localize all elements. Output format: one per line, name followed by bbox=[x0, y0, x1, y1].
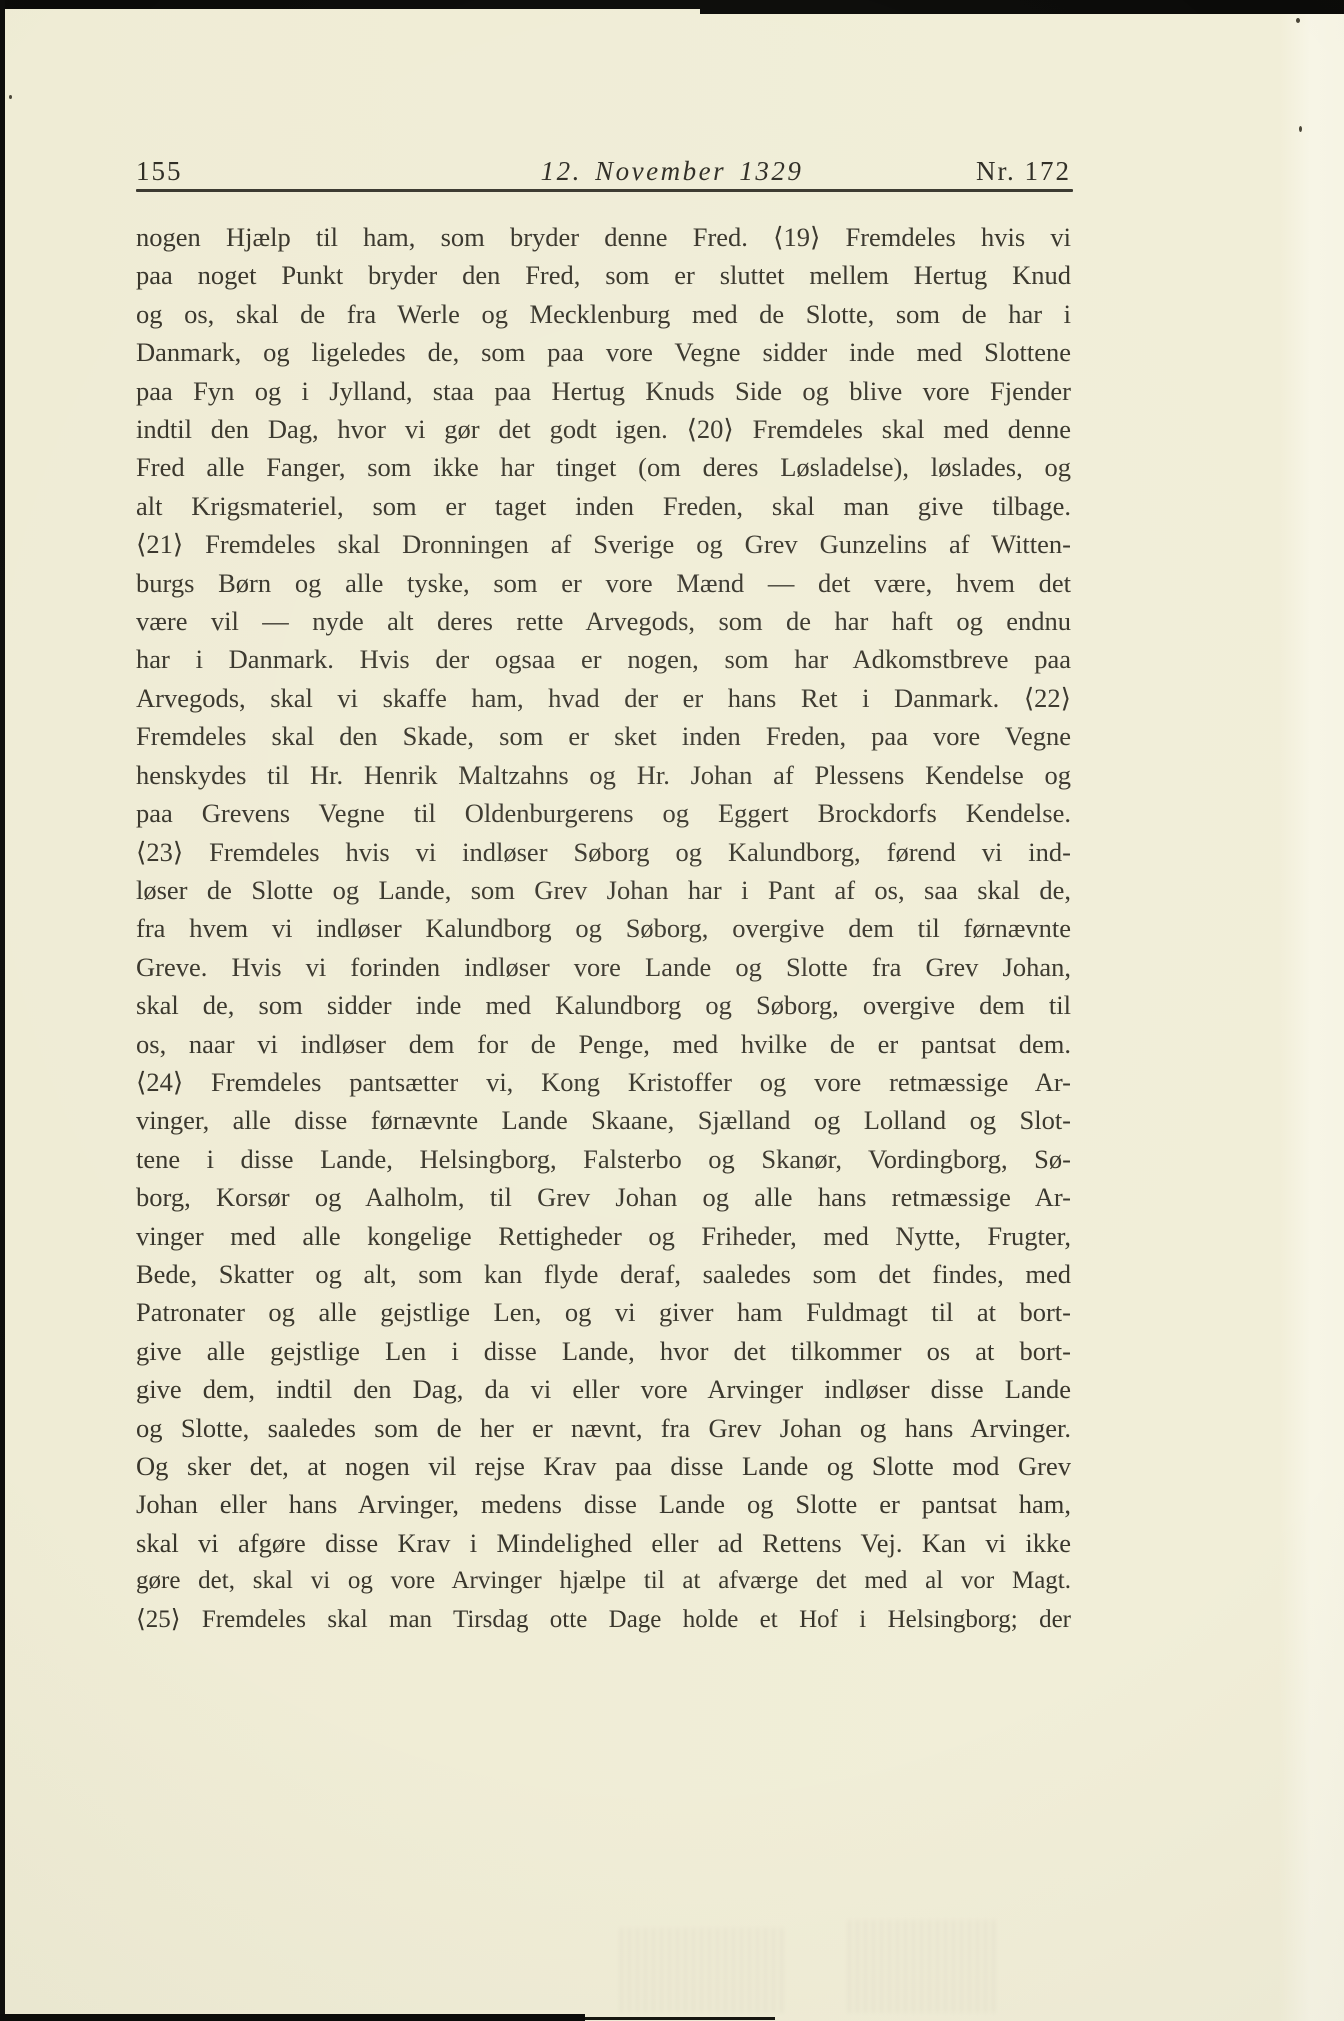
text-line: Greve. Hvis vi forinden indløser vore La… bbox=[136, 948, 1071, 986]
document-number: Nr. 172 bbox=[976, 156, 1071, 187]
text-line: Fremdeles skal den Skade, som er sket in… bbox=[136, 717, 1071, 755]
scan-edge-top-left bbox=[0, 0, 760, 9]
text-line: burgs Børn og alle tyske, som er vore Mæ… bbox=[136, 564, 1071, 602]
text-line: indtil den Dag, hvor vi gør det godt ige… bbox=[136, 410, 1071, 448]
scan-smudge bbox=[848, 1920, 998, 2013]
text-line: nogen Hjælp til ham, som bryder denne Fr… bbox=[136, 218, 1071, 256]
text-line: ⟨21⟩ Fremdeles skal Dronningen af Sverig… bbox=[136, 525, 1071, 563]
scan-speck bbox=[1299, 126, 1302, 132]
text-line: paa noget Punkt bryder den Fred, som er … bbox=[136, 256, 1071, 294]
text-line: ⟨23⟩ Fremdeles hvis vi indløser Søborg o… bbox=[136, 833, 1071, 871]
scan-edge-bottom bbox=[0, 2014, 585, 2021]
text-line: paa Grevens Vegne til Oldenburgerens og … bbox=[136, 794, 1071, 832]
text-line: løser de Slotte og Lande, som Grev Johan… bbox=[136, 871, 1071, 909]
scan-edge-bottom-thin bbox=[585, 2017, 775, 2020]
scan-smudge bbox=[620, 1928, 785, 2013]
text-line: henskydes til Hr. Henrik Maltzahns og Hr… bbox=[136, 756, 1071, 794]
text-line: vinger med alle kongelige Rettigheder og… bbox=[136, 1217, 1071, 1255]
text-line: Patronater og alle gejstlige Len, og vi … bbox=[136, 1293, 1071, 1331]
text-line: Arvegods, skal vi skaffe ham, hvad der e… bbox=[136, 679, 1071, 717]
text-line: Danmark, og ligeledes de, som paa vore V… bbox=[136, 333, 1071, 371]
text-line: ⟨25⟩ Fremdeles skal man Tirsdag otte Dag… bbox=[136, 1601, 1071, 1639]
text-line: skal de, som sidder inde med Kalundborg … bbox=[136, 986, 1071, 1024]
page-number: 155 bbox=[136, 156, 183, 187]
date-heading: 12. November 1329 bbox=[541, 156, 804, 187]
text-line: og os, skal de fra Werle og Mecklenburg … bbox=[136, 295, 1071, 333]
text-line: Johan eller hans Arvinger, medens disse … bbox=[136, 1485, 1071, 1523]
scanned-book-page: { "page": { "header": { "page_number": "… bbox=[0, 0, 1344, 2021]
text-line: give dem, indtil den Dag, da vi eller vo… bbox=[136, 1370, 1071, 1408]
text-line: fra hvem vi indløser Kalundborg og Søbor… bbox=[136, 909, 1071, 947]
text-line: os, naar vi indløser dem for de Penge, m… bbox=[136, 1025, 1071, 1063]
scan-edge-top-right bbox=[700, 0, 1344, 14]
text-line: Fred alle Fanger, som ikke har tinget (o… bbox=[136, 448, 1071, 486]
text-line: paa Fyn og i Jylland, staa paa Hertug Kn… bbox=[136, 372, 1071, 410]
text-line: vinger, alle disse førnævnte Lande Skaan… bbox=[136, 1101, 1071, 1139]
text-line: Bede, Skatter og alt, som kan flyde dera… bbox=[136, 1255, 1071, 1293]
text-line: give alle gejstlige Len i disse Lande, h… bbox=[136, 1332, 1071, 1370]
text-line: ⟨24⟩ Fremdeles pantsætter vi, Kong Krist… bbox=[136, 1063, 1071, 1101]
text-line: tene i disse Lande, Helsingborg, Falster… bbox=[136, 1140, 1071, 1178]
text-line: og Slotte, saaledes som de her er nævnt,… bbox=[136, 1409, 1071, 1447]
scan-speck bbox=[1296, 18, 1300, 23]
running-header: 155 12. November 1329 Nr. 172 bbox=[0, 156, 1344, 192]
text-line: være vil — nyde alt deres rette Arvegods… bbox=[136, 602, 1071, 640]
scan-edge-left bbox=[0, 0, 5, 2021]
scan-speck bbox=[9, 95, 12, 99]
text-line: alt Krigsmateriel, som er taget inden Fr… bbox=[136, 487, 1071, 525]
text-line: borg, Korsør og Aalholm, til Grev Johan … bbox=[136, 1178, 1071, 1216]
header-rule bbox=[136, 189, 1073, 192]
body-text: nogen Hjælp til ham, som bryder denne Fr… bbox=[136, 218, 1071, 1639]
text-line: skal vi afgøre disse Krav i Mindelighed … bbox=[136, 1524, 1071, 1562]
text-line: har i Danmark. Hvis der ogsaa er nogen, … bbox=[136, 640, 1071, 678]
text-line: Og sker det, at nogen vil rejse Krav paa… bbox=[136, 1447, 1071, 1485]
text-line: gøre det, skal vi og vore Arvinger hjælp… bbox=[136, 1562, 1071, 1600]
